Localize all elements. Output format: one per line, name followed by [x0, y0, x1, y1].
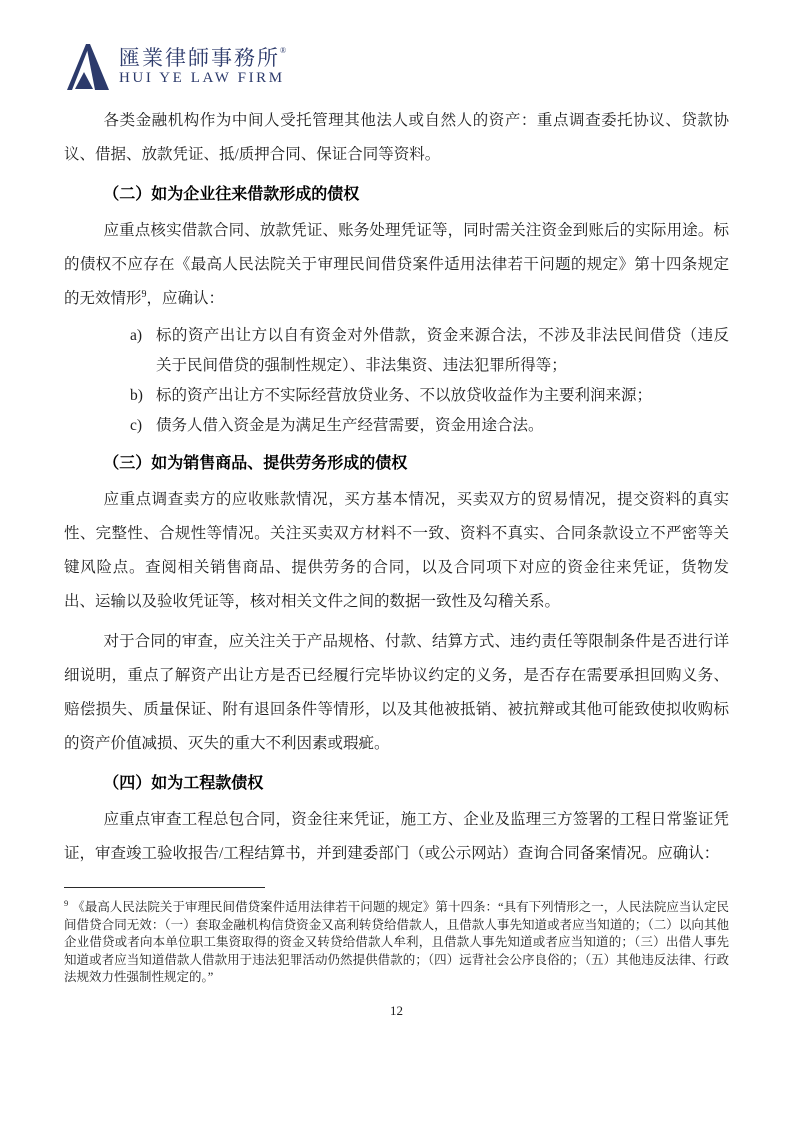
firm-name-chinese: 匯業律師事務所®: [119, 47, 288, 69]
paragraph-intro: 各类金融机构作为中间人受托管理其他法人或自然人的资产：重点调查委托协议、贷款协议…: [64, 104, 729, 172]
condition-list: a) 标的资产出让方以自有资金对外借款，资金来源合法，不涉及非法民间借贷（违反关…: [64, 321, 729, 441]
paragraph-section4: 应重点审查工程总包合同，资金往来凭证，施工方、企业及监理三方签署的工程日常鉴证凭…: [64, 803, 729, 871]
page-number: 12: [64, 1003, 729, 1019]
section-heading-2: （二）如为企业往来借款形成的债权: [64, 182, 729, 208]
footnote-9-text: 《最高人民法院关于审理民间借贷案件适用法律若干问题的规定》第十四条：“具有下列情…: [64, 900, 729, 984]
list-item-b-text: 标的资产出让方不实际经营放贷业务、不以放贷收益作为主要利润来源；: [156, 381, 729, 411]
list-item-a-label: a): [130, 321, 156, 351]
section-heading-4: （四）如为工程款债权: [64, 771, 729, 797]
list-item-c: c) 债务人借入资金是为满足生产经营需要，资金用途合法。: [130, 411, 729, 441]
list-item-c-text: 债务人借入资金是为满足生产经营需要，资金用途合法。: [156, 411, 729, 441]
footnote-separator: [64, 887, 265, 888]
paragraph-section2-tail: ，应确认：: [147, 290, 225, 307]
letterhead: 匯業律師事務所® HUI YE LAW FIRM: [64, 42, 729, 92]
registered-mark: ®: [280, 46, 288, 55]
list-item-b: b) 标的资产出让方不实际经营放贷业务、不以放贷收益作为主要利润来源；: [130, 381, 729, 411]
firm-logo-triangle-icon: [64, 42, 110, 92]
paragraph-section2: 应重点核实借款合同、放款凭证、账务处理凭证等，同时需关注资金到账后的实际用途。标…: [64, 214, 729, 316]
list-item-a-text: 标的资产出让方以自有资金对外借款，资金来源合法，不涉及非法民间借贷（违反关于民间…: [156, 321, 729, 381]
list-item-a: a) 标的资产出让方以自有资金对外借款，资金来源合法，不涉及非法民间借贷（违反关…: [130, 321, 729, 381]
paragraph-section3-a: 应重点调查卖方的应收账款情况，买方基本情况，买卖双方的贸易情况，提交资料的真实性…: [64, 483, 729, 619]
paragraph-section3-b: 对于合同的审查，应关注关于产品规格、付款、结算方式、违约责任等限制条件是否进行详…: [64, 625, 729, 761]
section-heading-3: （三）如为销售商品、提供劳务形成的债权: [64, 451, 729, 477]
list-item-b-label: b): [130, 381, 156, 411]
footnote-9-marker: 9: [64, 898, 68, 908]
document-page: 匯業律師事務所® HUI YE LAW FIRM 各类金融机构作为中间人受托管理…: [0, 0, 793, 1122]
page-footer: 9《最高人民法院关于审理民间借贷案件适用法律若干问题的规定》第十四条：“具有下列…: [64, 887, 729, 1019]
firm-logo-text: 匯業律師事務所® HUI YE LAW FIRM: [119, 47, 288, 87]
document-body: 各类金融机构作为中间人受托管理其他法人或自然人的资产：重点调查委托协议、贷款协议…: [64, 104, 729, 871]
firm-name-english: HUI YE LAW FIRM: [119, 71, 288, 87]
footnote-9: 9《最高人民法院关于审理民间借贷案件适用法律若干问题的规定》第十四条：“具有下列…: [64, 899, 729, 987]
list-item-c-label: c): [130, 411, 156, 441]
